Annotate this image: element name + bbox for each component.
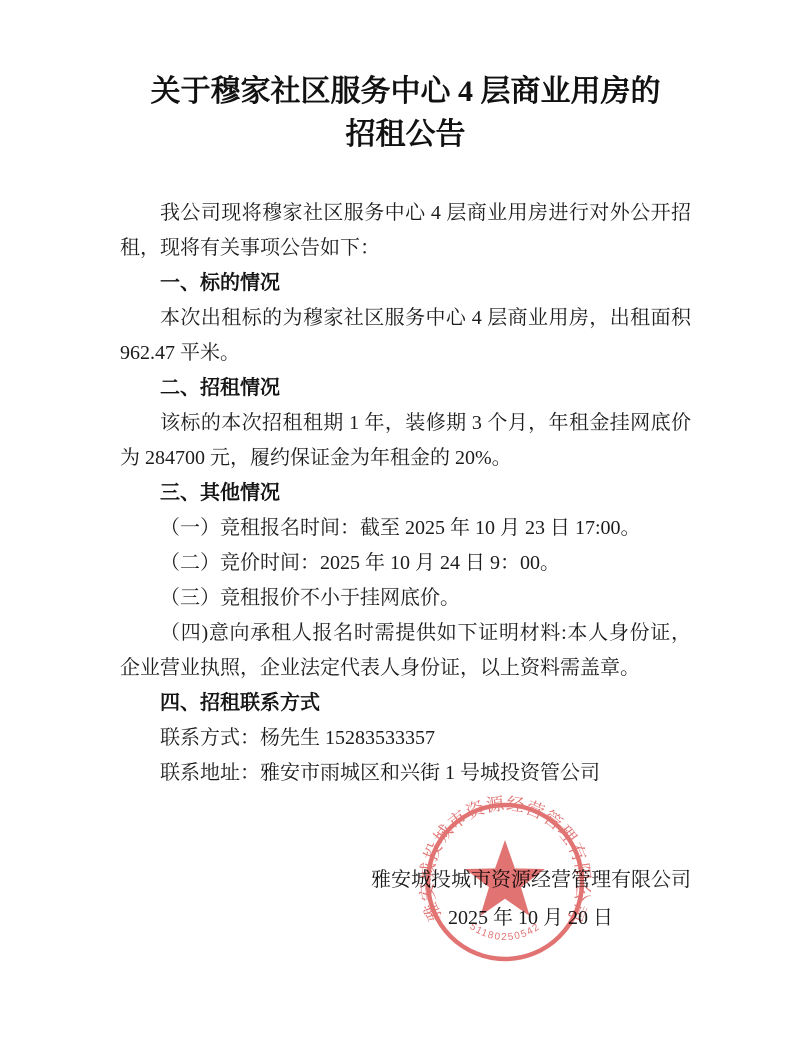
section-3-item-4: （四)意向承租人报名时需提供如下证明材料:本人身份证，企业营业执照，企业法定代表… bbox=[120, 616, 691, 686]
document-title-line1: 关于穆家社区服务中心 4 层商业用房的 bbox=[151, 75, 661, 108]
official-seal: 雅安城投城市资源经营管理有限公司 51180250542 bbox=[405, 782, 605, 982]
section-3-item-2: （二）竞价时间：2025 年 10 月 24 日 9：00。 bbox=[120, 546, 691, 581]
seal-serial: 51180250542 bbox=[467, 921, 542, 943]
document-title-line2: 招租公告 bbox=[346, 118, 466, 151]
document-title: 关于穆家社区服务中心 4 层商业用房的 招租公告 bbox=[120, 70, 691, 156]
section-heading-3: 三、其他情况 bbox=[120, 476, 691, 511]
svg-text:51180250542: 51180250542 bbox=[467, 921, 542, 943]
intro-paragraph: 我公司现将穆家社区服务中心 4 层商业用房进行对外公开招租，现将有关事项公告如下… bbox=[120, 196, 691, 266]
section-heading-4: 四、招租联系方式 bbox=[120, 686, 691, 721]
section-2-paragraph: 该标的本次招租租期 1 年，装修期 3 个月，年租金挂网底价为 284700 元… bbox=[120, 406, 691, 476]
section-heading-2: 二、招租情况 bbox=[120, 371, 691, 406]
contact-phone-line: 联系方式：杨先生 15283533357 bbox=[120, 721, 691, 756]
seal-star-icon bbox=[465, 840, 545, 916]
section-heading-1: 一、标的情况 bbox=[120, 266, 691, 301]
section-3-item-3: （三）竞租报价不小于挂网底价。 bbox=[120, 581, 691, 616]
announcement-page: 关于穆家社区服务中心 4 层商业用房的 招租公告 我公司现将穆家社区服务中心 4… bbox=[0, 0, 805, 1039]
section-1-paragraph: 本次出租标的为穆家社区服务中心 4 层商业用房，出租面积 962.47 平米。 bbox=[120, 301, 691, 371]
section-3-item-1: （一）竞租报名时间：截至 2025 年 10 月 23 日 17:00。 bbox=[120, 511, 691, 546]
document-body: 我公司现将穆家社区服务中心 4 层商业用房进行对外公开招租，现将有关事项公告如下… bbox=[120, 196, 691, 791]
